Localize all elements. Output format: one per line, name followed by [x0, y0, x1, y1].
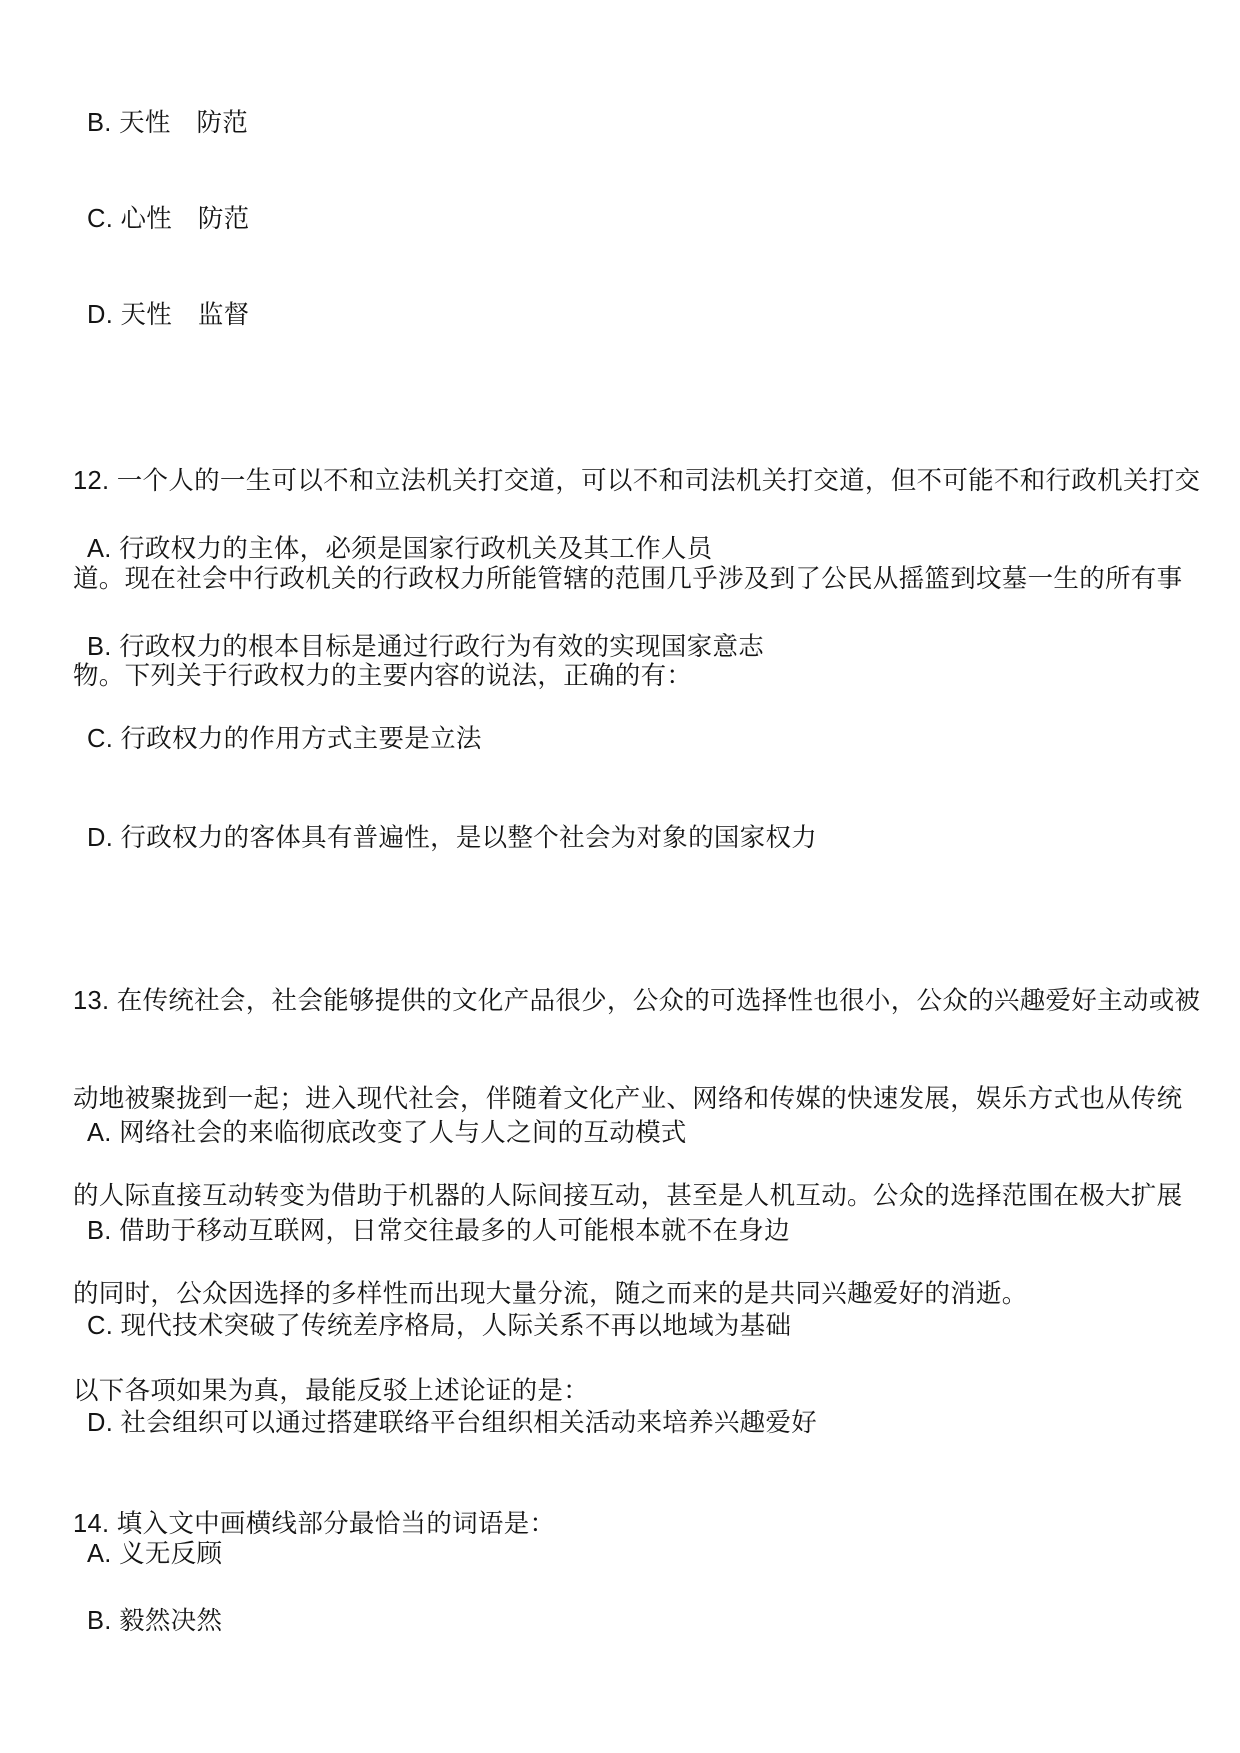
- question-13-stem-line-3: 的人际直接互动转变为借助于机器的人际间接互动，甚至是人机互动。公众的选择范围在极…: [73, 1180, 1200, 1213]
- question-12-stem-line-2: 道。现在社会中行政机关的行政权力所能管辖的范围几乎涉及到了公民从摇篮到坟墓一生的…: [73, 563, 1200, 596]
- orphan-option-d: D. 天性 监督: [87, 299, 250, 332]
- document-page: B. 天性 防范 C. 心性 防范 D. 天性 监督 12. 一个人的一生可以不…: [0, 0, 1240, 1753]
- question-13-stem-line-5: 以下各项如果为真，最能反驳上述论证的是：: [73, 1375, 1200, 1408]
- question-12-option-d: D. 行政权力的客体具有普遍性，是以整个社会为对象的国家权力: [87, 822, 817, 855]
- question-13-option-d: D. 社会组织可以通过搭建联络平台组织相关活动来培养兴趣爱好: [87, 1407, 817, 1440]
- question-12-option-a: A. 行政权力的主体，必须是国家行政机关及其工作人员: [87, 533, 712, 566]
- orphan-option-b: B. 天性 防范: [87, 107, 248, 140]
- question-14-stem: 14. 填入文中画横线部分最恰当的词语是：: [73, 1508, 555, 1541]
- question-14-option-a: A. 义无反顾: [87, 1538, 222, 1571]
- question-13-stem: 13. 在传统社会，社会能够提供的文化产品很少，公众的可选择性也很小，公众的兴趣…: [73, 920, 1200, 1473]
- question-13-option-b: B. 借助于移动互联网，日常交往最多的人可能根本就不在身边: [87, 1215, 790, 1248]
- question-12-option-c: C. 行政权力的作用方式主要是立法: [87, 723, 482, 756]
- question-13-option-c: C. 现代技术突破了传统差序格局，人际关系不再以地域为基础: [87, 1310, 791, 1343]
- question-13-stem-line-1: 13. 在传统社会，社会能够提供的文化产品很少，公众的可选择性也很小，公众的兴趣…: [73, 985, 1200, 1018]
- question-13-option-a: A. 网络社会的来临彻底改变了人与人之间的互动模式: [87, 1117, 687, 1150]
- question-13-stem-line-2: 动地被聚拢到一起；进入现代社会，伴随着文化产业、网络和传媒的快速发展，娱乐方式也…: [73, 1083, 1200, 1116]
- question-12-option-b: B. 行政权力的根本目标是通过行政行为有效的实现国家意志: [87, 631, 764, 664]
- question-14-option-b: B. 毅然决然: [87, 1605, 222, 1638]
- orphan-option-c: C. 心性 防范: [87, 203, 250, 236]
- question-12-stem: 12. 一个人的一生可以不和立法机关打交道，可以不和司法机关打交道，但不可能不和…: [73, 400, 1200, 758]
- question-12-stem-line-1: 12. 一个人的一生可以不和立法机关打交道，可以不和司法机关打交道，但不可能不和…: [73, 465, 1200, 498]
- question-12-stem-line-3: 物。下列关于行政权力的主要内容的说法，正确的有：: [73, 660, 1200, 693]
- question-13-stem-line-4: 的同时，公众因选择的多样性而出现大量分流，随之而来的是共同兴趣爱好的消逝。: [73, 1278, 1200, 1311]
